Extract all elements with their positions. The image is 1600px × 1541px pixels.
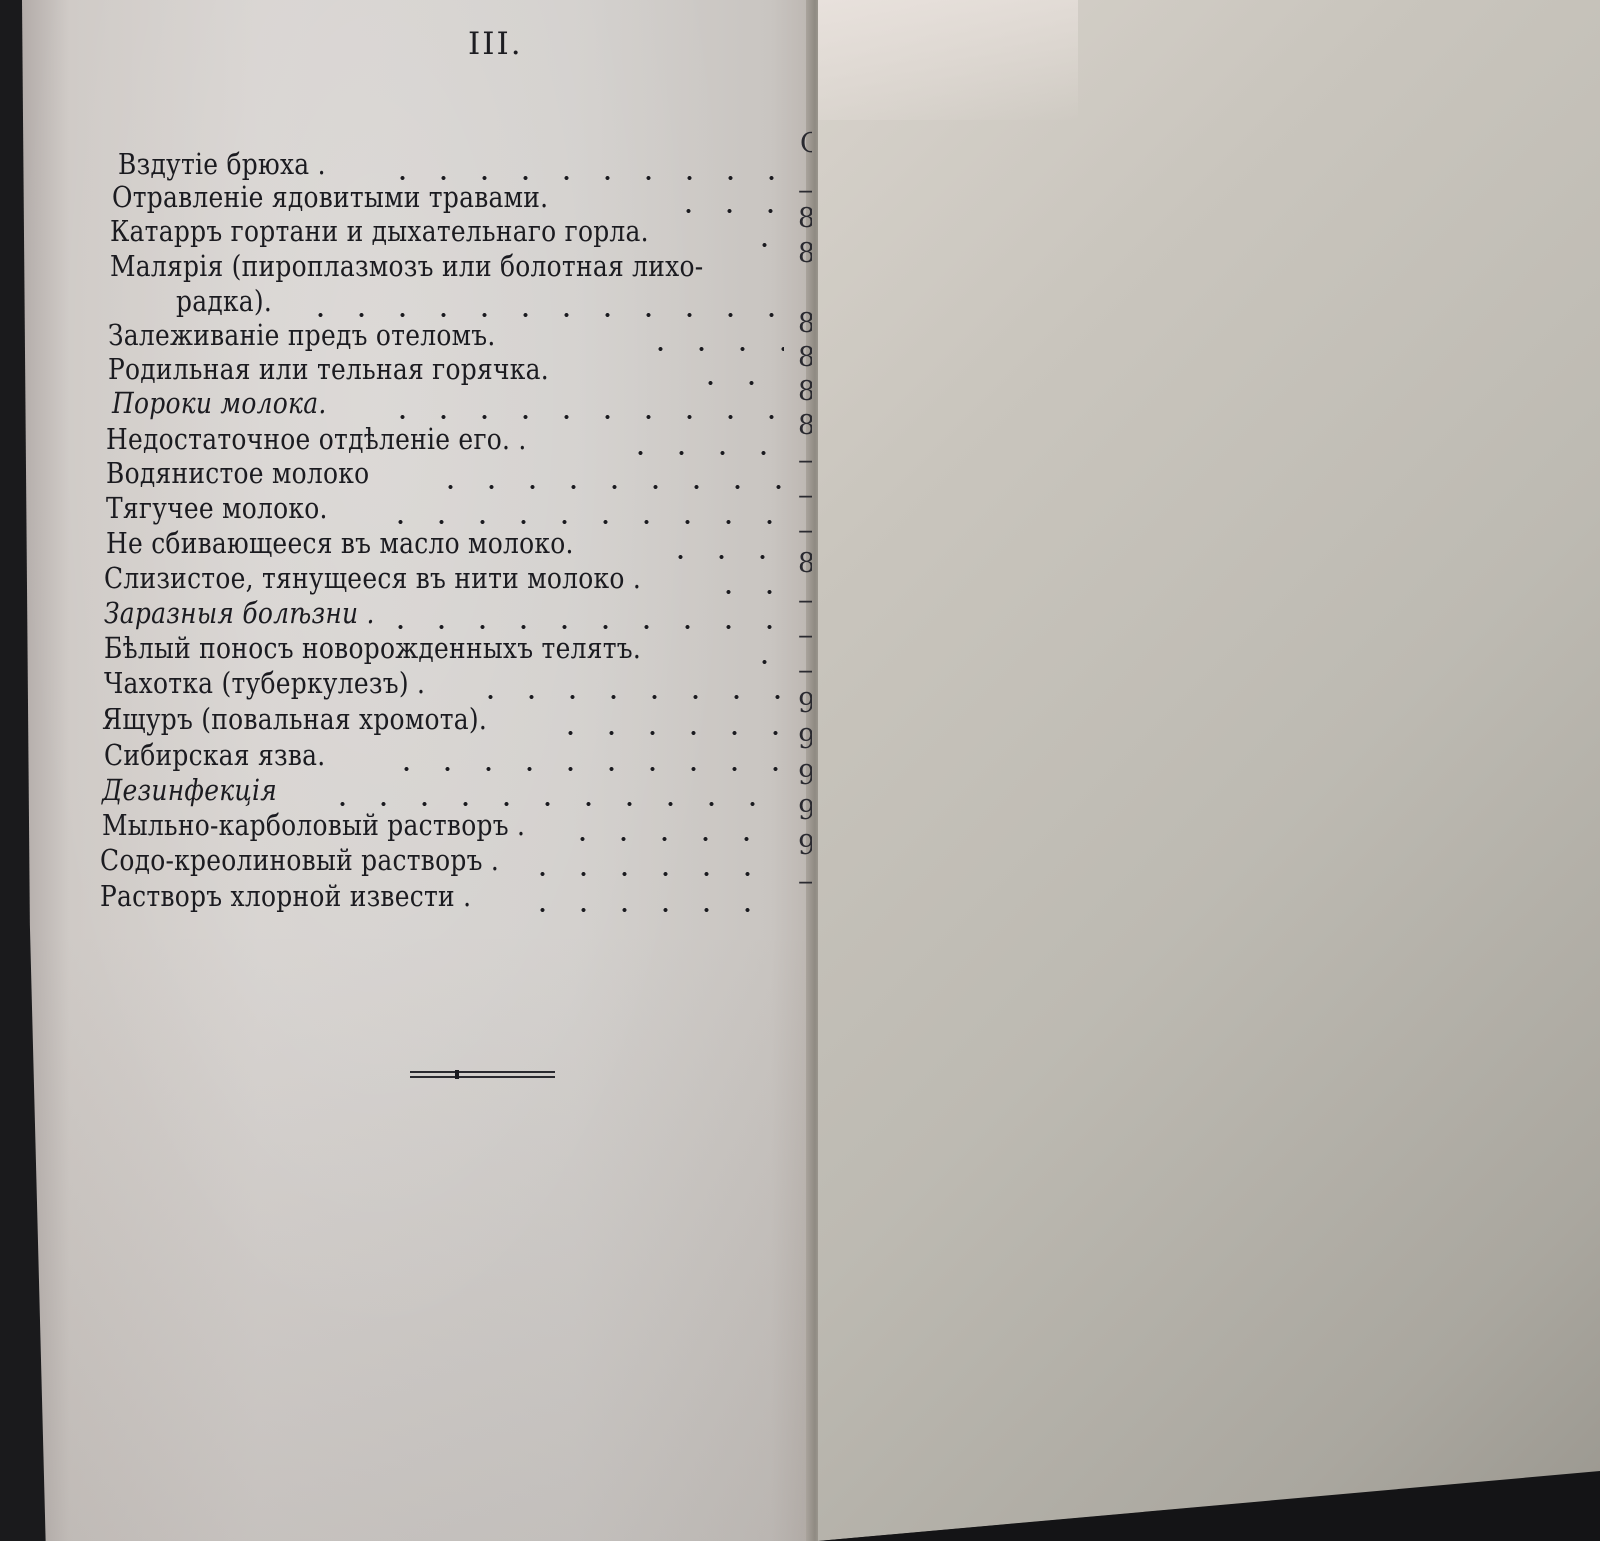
page-number: 8 — [798, 342, 812, 373]
toc-entry: Мыльно-карболовый растворъ . — [102, 808, 525, 842]
dot-leader — [522, 908, 784, 912]
page-number: 8 — [798, 376, 812, 407]
toc-section-heading: Заразныя болѣзни . — [104, 596, 375, 630]
dot-leader — [744, 243, 784, 247]
page-number: 8 — [798, 238, 812, 269]
dot-leader — [620, 451, 784, 455]
running-head-page-number: III. — [468, 26, 523, 62]
page-number: 9 — [798, 760, 812, 791]
page-number: 9 — [798, 724, 812, 755]
toc-entry: Сибирская язва. — [104, 738, 325, 772]
book-spread: III. С Вздутіе брюха . Отравленіе ядовит… — [0, 0, 1600, 1541]
page-number: — — [798, 515, 812, 546]
page-number: 8 — [798, 410, 812, 441]
toc-entry: Малярія (пироплазмозъ или болотная лихо- — [110, 249, 703, 283]
toc-entry: Катарръ гортани и дыхательнаго горла. — [110, 214, 649, 248]
column-header-partial: С — [800, 128, 812, 159]
page-number: — — [798, 620, 812, 651]
dot-leader — [380, 625, 784, 629]
dot-leader — [668, 209, 783, 213]
dot-leader — [708, 590, 784, 594]
page-number: — — [798, 480, 812, 511]
page-number: — — [798, 655, 812, 686]
toc-entry: Тягучее молоко. — [106, 491, 328, 525]
toc-entry: Ящуръ (повальная хромота). — [102, 702, 487, 736]
page-number: 8 — [798, 308, 812, 339]
dot-leader — [382, 176, 782, 180]
toc-entry: Вздутіе брюха . — [118, 147, 326, 181]
dot-leader — [380, 520, 784, 524]
decorative-rule — [410, 1071, 555, 1079]
toc-entry: Чахотка (туберкулезъ) . — [104, 666, 425, 700]
page-number: — — [798, 866, 812, 897]
page-number: 8 — [798, 203, 812, 234]
toc-entry: Родильная или тельная горячка. — [108, 352, 549, 386]
right-page-blank — [818, 0, 1600, 1541]
page-number: — — [798, 445, 812, 476]
dot-leader — [690, 381, 784, 385]
dot-leader — [470, 695, 784, 699]
page-number: — — [798, 585, 812, 616]
toc-entry: Водянистое молоко — [106, 456, 369, 490]
toc-entry: Слизистое, тянущееся въ нити молоко . — [104, 561, 641, 595]
toc-entry: Бѣлый поносъ новорожденныхъ телятъ. — [104, 631, 641, 665]
dot-leader — [382, 415, 784, 419]
dot-leader — [550, 731, 784, 735]
page-number: 9 — [798, 795, 812, 826]
toc-section-heading: Пороки молока. — [112, 386, 327, 420]
dot-leader — [640, 347, 784, 351]
dot-leader — [522, 872, 784, 876]
toc-entry: Залеживаніе предъ отеломъ. — [108, 318, 496, 352]
dot-leader — [300, 313, 784, 317]
dot-leader — [430, 485, 784, 489]
toc-entry: Не сбивающееся въ масло молоко. — [106, 526, 574, 560]
page-number: 9 — [798, 688, 812, 719]
toc-entry: Недостаточное отдѣленіе его. . — [106, 422, 527, 456]
toc-entry: Растворъ хлорной извести . — [100, 879, 471, 913]
toc-entry: Отравленіе ядовитыми травами. — [112, 180, 548, 214]
page-number: — — [798, 175, 812, 206]
toc-entry: радка). — [176, 284, 272, 318]
dot-leader — [562, 837, 784, 841]
page-number: 8 — [798, 548, 812, 579]
page-number: 9 — [798, 830, 812, 861]
dot-leader — [660, 555, 784, 559]
toc-section-heading: Дезинфекція — [102, 773, 277, 807]
dot-leader — [744, 660, 784, 664]
dot-leader — [322, 802, 784, 806]
dot-leader — [386, 767, 784, 771]
toc-entry: Содо-креолиновый растворъ . — [100, 843, 499, 877]
